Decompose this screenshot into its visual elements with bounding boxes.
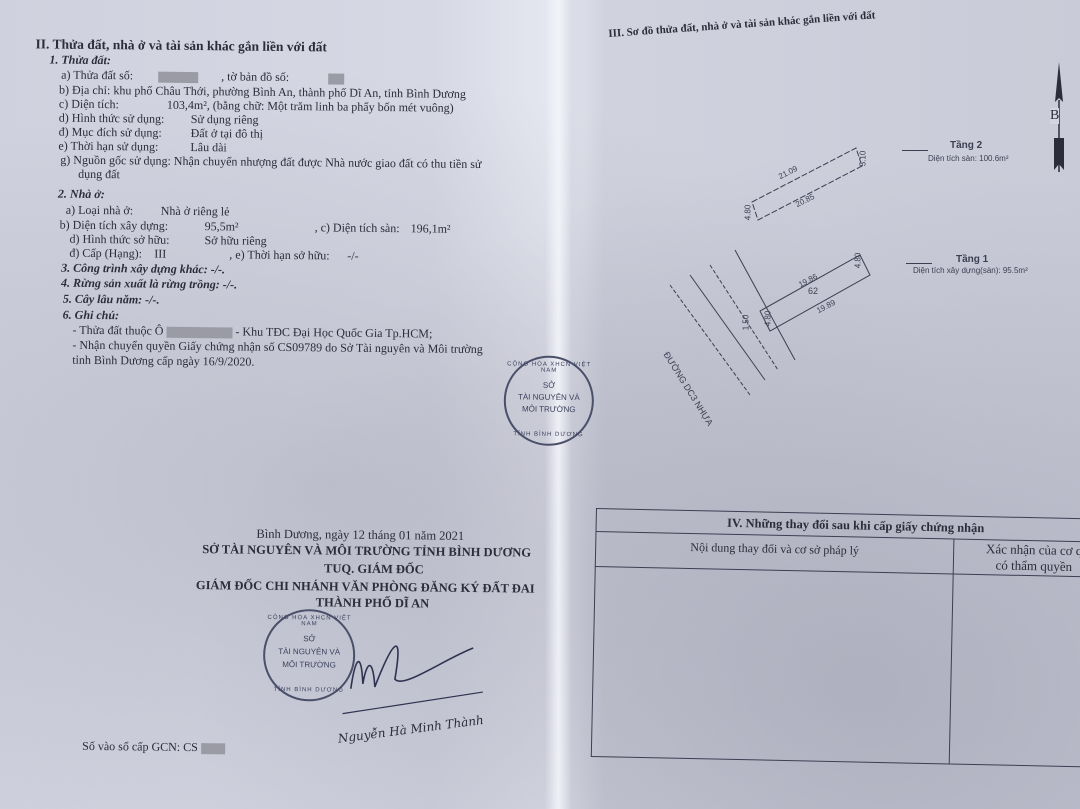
section-title-iii: III. Sơ đồ thửa đất, nhà ở và tài sản kh…	[608, 9, 876, 40]
signature-scribble	[332, 629, 493, 721]
floor1-plan	[660, 245, 900, 405]
floor2-title: Tầng 2	[950, 140, 982, 151]
floor1-leader	[906, 263, 932, 264]
map-sheet-redacted	[328, 73, 344, 84]
land-heading: 1. Thửa đất:	[49, 53, 111, 69]
origin-row-cont: dụng đất	[78, 167, 120, 182]
signer-office: THÀNH PHỐ DĨ AN	[316, 595, 430, 611]
north-label: B	[1050, 108, 1059, 124]
issuing-authority: SỞ TÀI NGUYÊN VÀ MÔI TRƯỜNG TỈNH BÌNH DƯ…	[202, 542, 531, 560]
floor2-area: Diện tích sàn: 100.6m²	[928, 154, 1008, 163]
perennial-trees: 5. Cây lâu năm: -/-.	[63, 292, 160, 308]
parcel-number-redacted	[158, 71, 198, 82]
issue-date: Bình Dương, ngày 12 tháng 01 năm 2021	[256, 527, 464, 544]
origin-row: g) Nguồn gốc sử dụng: Nhận chuyển nhượng…	[60, 153, 481, 172]
floor1-title: Tầng 1	[956, 254, 988, 265]
production-forest: 4. Rừng sản xuất là rừng trồng: -/-.	[61, 276, 237, 293]
tuq-label: TUQ. GIÁM ĐỐC	[324, 561, 424, 577]
register-number-redacted	[201, 743, 225, 754]
notes-heading: 6. Ghi chú:	[63, 308, 119, 324]
changes-table: IV. Những thay đổi sau khi cấp giấy chứn…	[591, 508, 1080, 768]
note-2-cont: tỉnh Bình Dương cấp ngày 16/9/2020.	[72, 353, 254, 370]
floor1-dim-right: 4.80	[853, 253, 862, 269]
changes-confirmation-cell	[949, 574, 1080, 767]
house-type-row: a) Loại nhà ở:Nhà ở riêng lẻ	[66, 203, 230, 220]
changes-content-cell	[591, 566, 953, 763]
changes-col-confirmation: Xác nhận của cơ q có thẩm quyền	[953, 539, 1080, 577]
signer-title: GIÁM ĐỐC CHI NHÁNH VĂN PHÒNG ĐĂNG KÝ ĐẤT…	[196, 578, 535, 597]
other-works: 3. Công trình xây dựng khác: -/-.	[61, 261, 225, 278]
floor2-dim-left: 4.80	[743, 205, 752, 221]
floor2-dim-right: 5.10	[858, 151, 867, 167]
register-number: Số vào sổ cấp GCN: CS	[82, 739, 225, 755]
block-number-redacted	[166, 327, 232, 339]
floor1-dim-setback: 1.50	[741, 315, 750, 331]
floor1-dim-left: 4.80	[763, 311, 772, 327]
floor1-area: Diện tích xây dựng(sàn): 95.5m²	[913, 266, 1028, 275]
right-page: III. Sơ đồ thửa đất, nhà ở và tài sản kh…	[580, 0, 1080, 809]
floor2-plan	[730, 130, 890, 230]
floor2-leader	[902, 150, 928, 151]
house-heading: 2. Nhà ở:	[58, 187, 105, 202]
floor1-parcel-label: 62	[808, 286, 818, 296]
left-page: II. Thửa đất, nhà ở và tài sản khác gắn …	[0, 0, 560, 809]
